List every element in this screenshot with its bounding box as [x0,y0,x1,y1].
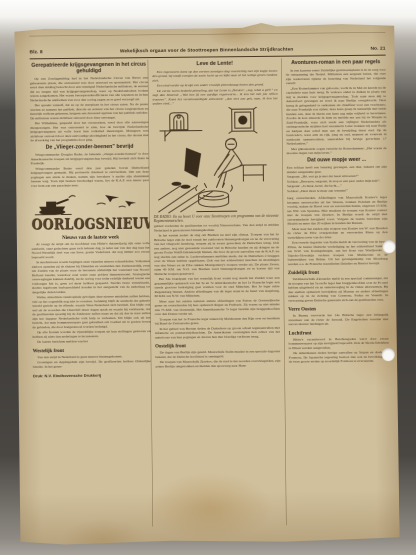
paragraph: Op een Zondagmiddag had in het Nederland… [30,76,148,103]
columns: Gerepatrieerde krijgsgevangenen in het c… [30,57,391,528]
subheading-oostelijk-front: Oostelijk front [155,342,280,349]
paragraph: Op alle fronten worden de vijandelijke t… [32,329,150,339]
column-middle: Leve de Lente! Een regenworm komt op den… [148,58,287,526]
subheading-laatste-week: Nieuws van de laatste week [31,234,149,241]
headline-mopje: Dat ouwe mopje weer ... [287,156,387,163]
printer-imprint: Druk: N.V. Eindhovensche Drukkerij [33,373,151,379]
paragraph: In een kazerne eener Zuidelijke garnizoe… [286,67,386,85]
dialog-line: Een soldaat heeft een bunzing gevangen, … [287,165,387,175]
top-rule [29,32,385,36]
column-right: Avonturen-roman in een paar regels In ee… [282,57,391,525]
headline-avontuur: Avonturen-roman in een paar regels [286,59,386,66]
paragraph: Het Wilhelmus, gespeeld door het circuso… [30,120,148,142]
paragraph: Met glinsterende oogen vertelde de Rotte… [287,146,387,156]
page-number-left: Blz. 8 [30,49,43,55]
paragraph: De Amerikanen deden hevige aanvallen op … [289,350,389,364]
radio-cartoon-illustration [156,107,276,214]
radio-cartoon: DE RADIO: En nu hoort U voor onze Stoott… [153,107,279,224]
paragraph: Al vraagt de strijd om de hoofdstad van … [32,241,150,259]
oorlogsnieuws-logo-text: OORLOGSNIEUWS [31,214,149,232]
paragraph: gebied vorderden de geallieerden tot voo… [154,223,279,233]
subheading-luchtfront: Luchtfront [288,329,388,336]
punch-hole-bottom [382,348,395,361]
paragraph: Hitler's vacantieoord in Berchtesgaden w… [289,336,389,350]
paragraph: Het 3de brandpunt van het westelijk fron… [154,276,279,299]
paragraph: In machtelooze woede begingen onze vijan… [32,259,150,294]
issue-number: No. 21 [371,46,386,52]
cartoon-caption: DE RADIO: En nu hoort U voor onze Stoott… [154,214,279,224]
joke-dialog: Een soldaat heeft een bunzing gevangen, … [287,165,387,194]
paragraph: Meer naar het zuiden naderen andere afde… [155,298,280,316]
column-left: Gerepatrieerde krijgsgevangenen in het c… [30,60,153,528]
masthead: Blz. 8 Wekelijksch orgaan voor de Stoott… [30,46,386,55]
paragraph: Groningen en Appingedam zijn bevrijd. De… [33,359,151,369]
paragraph: De dagen van Berlijn zijn geteld. Maarsc… [155,349,280,359]
paragraph: Troepen van het 1e Fransche leger staken… [155,316,280,326]
paragraph: De laatste berichten melden van het [33,339,151,344]
page-content: Blz. 8 Wekelijksch orgaan voor de Stoott… [14,21,397,546]
paragraph: Wingcommander Douglas Bader, de bekende … [31,152,149,166]
headline-bader: De „Vlieger-zonder-beenen” bevrijd [31,143,149,150]
paragraph: Een tweede dagorder van Stalin meldt de … [288,240,388,267]
paragraph: In Burma veroverde het 14e Britsche lege… [288,313,388,327]
subheading-zuidelijk-front: Zuidelijk front [288,269,388,276]
headline-lente: Leve de Lente! [152,60,277,67]
paragraph: Een regenworm komt op den eersten zonnig… [152,69,277,83]
paragraph: Het spreekt vanzelf, dat ze op de eerepl… [30,102,148,120]
paragraph: De troepen van Maarschalk Zjoekov, die d… [155,359,280,369]
photo-background: Blz. 8 Wekelijksch orgaan voor de Stoott… [0,0,416,555]
paragraph: In het gebied van Bretten deden de Duits… [155,326,280,340]
paragraph: burg overschreden. Afdeelingen van Maars… [287,195,387,226]
paragraph: „Een Rotterdammer van geboorte, vocht ik… [286,85,387,146]
paragraph: Veldmaarschalk Alexander meldt in een sp… [288,276,388,303]
newspaper-page: Blz. 8 Wekelijksch orgaan voor de Stoott… [14,21,399,546]
paragraph: Wingcommander Bader werd drie jaar geled… [31,165,149,187]
punch-hole-top [383,240,396,253]
subheading-westelijk-front: Westelijk front [33,347,151,354]
oorlogsnieuws-logo: OORLOGSNIEUWS [31,190,149,232]
subheading-verre-oosten: Verre Oosten [288,306,388,313]
tank-planes-illustration [33,190,147,217]
headline-circus: Gerepatrieerde krijgsgevangenen in het c… [30,62,148,75]
paragraph: In het westen nadert de slag om Bremen n… [154,232,279,276]
paragraph: Welke, misschien catastrophale gevolgen … [32,294,150,329]
dialog-line: Soldaat: „Daar moet ie maar aan wennen!” [287,188,387,193]
paragraph: De eerste worm bedenkt plotseling, dat h… [152,88,277,106]
paragraph: Meer naar het zuiden zijn troepen van Ko… [287,226,387,240]
masthead-title: Wekelijksch orgaan voor de Stoottroepen … [120,47,293,54]
